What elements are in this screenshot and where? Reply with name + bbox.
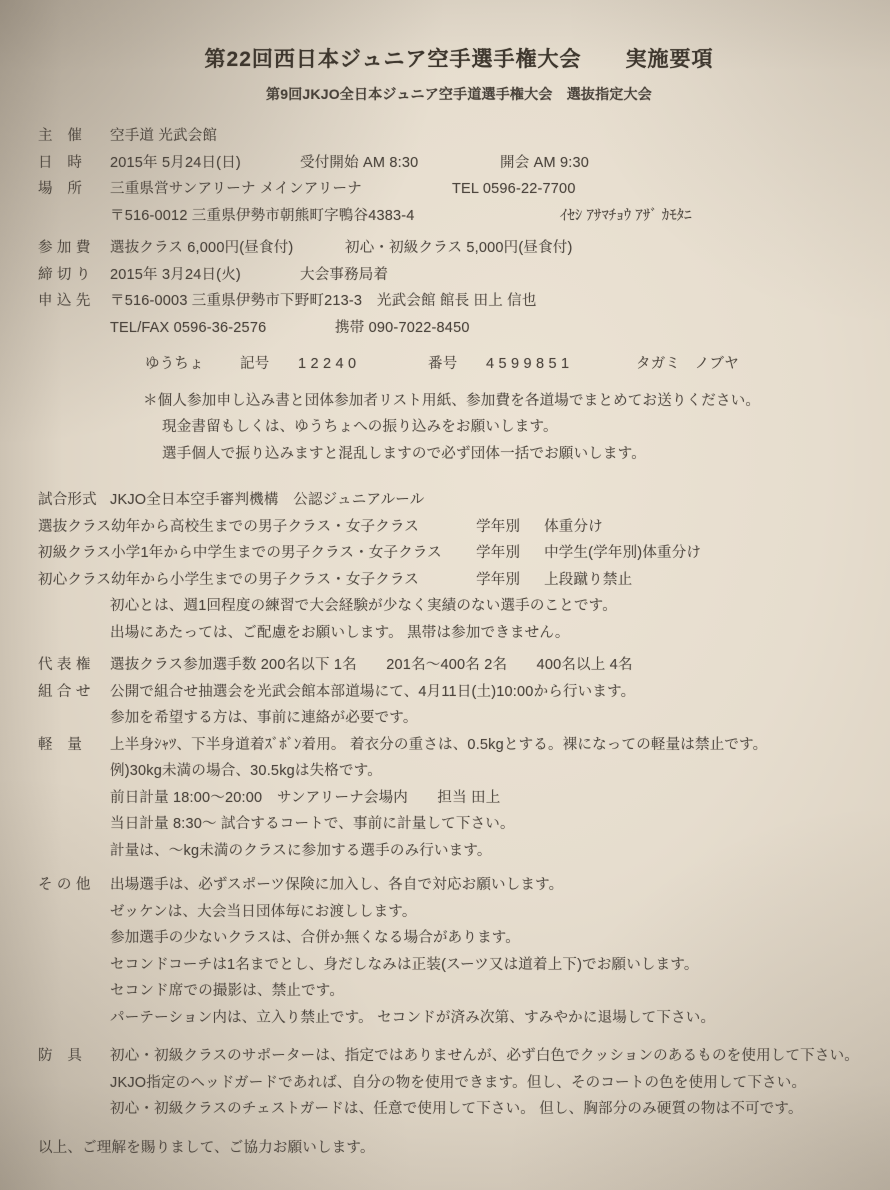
row-representation: 代 表 権 選抜クラス参加選手数 200名以下 1名 201名～400名 2名 …: [38, 652, 880, 679]
class-novice-label: 初心クラス: [38, 567, 111, 594]
row-payment-note3: 選手個人で振り込みますと混乱しますので必ず団体一括でお願いします。: [38, 441, 880, 468]
row-weighin-scope: 計量は、～kg未満のクラスに参加する選手のみ行います。: [38, 838, 880, 865]
row-venue: 場 所 三重県営サンアリーナ メインアリーナTEL 0596-22-7700: [38, 176, 880, 203]
row-yucho-account: ゆうちょ記号1 2 2 4 0番号4 5 9 9 8 5 1タガミ ノブヤ: [38, 351, 880, 378]
host-value: 空手道 光武会館: [110, 123, 880, 150]
others-line3: 参加選手の少ないクラスは、合併か無くなる場合があります。: [38, 925, 880, 952]
weighin-line5: 計量は、～kg未満のクラスに参加する選手のみ行います。: [38, 838, 880, 865]
section-general: 主 催 空手道 光武会館 日 時 2015年 5月24日(日)受付開始 AM 8…: [38, 123, 880, 229]
yucho-account: ゆうちょ記号1 2 2 4 0番号4 5 9 9 8 5 1タガミ ノブヤ: [38, 351, 880, 378]
venue-postal-address: 〒516-0012 三重県伊勢市朝熊町字鴨谷4383-4: [110, 203, 560, 230]
venue-name: 三重県営サンアリーナ メインアリーナ: [110, 176, 452, 203]
format-rule: JKJO全日本空手審判機構 公認ジュニアルール: [110, 487, 880, 514]
venue-tel: TEL 0596-22-7700: [452, 181, 576, 197]
class-elementary-value: 小学1年から中学生までの男子クラス・女子クラス学年別中学生(学年別)体重分け: [111, 540, 880, 567]
row-draw: 組 合 せ 公開で組合せ抽選会を光武会館本部道場にて、4月11日(土)10:00…: [38, 679, 880, 706]
row-others-5: セコンド席での撮影は、禁止です。: [38, 978, 880, 1005]
account-symbol: 1 2 2 4 0: [298, 351, 428, 378]
draw-line1: 公開で組合せ抽選会を光武会館本部道場にて、4月11日(土)10:00から行います…: [110, 679, 880, 706]
draw-label: 組 合 せ: [38, 679, 110, 706]
row-payment-note2: 現金書留もしくは、ゆうちょへの振り込みをお願いします。: [38, 414, 880, 441]
class-selection-desc: 幼年から高校生までの男子クラス・女子クラス: [111, 514, 476, 541]
event-date: 2015年 5月24日(日): [110, 150, 300, 177]
row-weighin: 軽 量 上半身ｼｬﾂ、下半身道着ｽﾞﾎﾞﾝ着用。 着衣分の重さは、0.5kgとす…: [38, 732, 880, 759]
class-elementary-grade: 学年別: [476, 540, 544, 567]
fee-value: 選抜クラス 6,000円(昼食付)初心・初級クラス 5,000円(昼食付): [110, 235, 880, 262]
section-format: 試合形式 JKJO全日本空手審判機構 公認ジュニアルール 選抜クラス 幼年から高…: [38, 487, 880, 646]
row-fee: 参 加 費 選抜クラス 6,000円(昼食付)初心・初級クラス 5,000円(昼…: [38, 235, 880, 262]
row-class-selection: 選抜クラス 幼年から高校生までの男子クラス・女子クラス学年別体重分け: [38, 514, 880, 541]
row-draw-note: 参加を希望する方は、事前に連絡が必要です。: [38, 705, 880, 732]
others-label: そ の 他: [38, 872, 110, 899]
row-class-novice: 初心クラス 幼年から小学生までの男子クラス・女子クラス学年別上段蹴り禁止: [38, 567, 880, 594]
row-venue-address: 〒516-0012 三重県伊勢市朝熊町字鴨谷4383-4ｲｾｼ ｱｻﾏﾁｮｳ ｱ…: [38, 203, 880, 230]
venue-address-kana: ｲｾｼ ｱｻﾏﾁｮｳ ｱｻﾞ ｶﾓﾀﾆ: [560, 208, 692, 224]
row-weighin-prevday: 前日計量 18:00～20:00 サンアリーナ会場内 担当 田上: [38, 785, 880, 812]
deadline-note: 大会事務局着: [300, 267, 388, 283]
venue-value: 三重県営サンアリーナ メインアリーナTEL 0596-22-7700: [110, 176, 880, 203]
others-line5: セコンド席での撮影は、禁止です。: [38, 978, 880, 1005]
apply-address: 〒516-0003 三重県伊勢市下野町213-3 光武会館 館長 田上 信也: [110, 288, 880, 315]
class-selection-value: 幼年から高校生までの男子クラス・女子クラス学年別体重分け: [111, 514, 880, 541]
datetime-value: 2015年 5月24日(日)受付開始 AM 8:30開会 AM 9:30: [110, 150, 880, 177]
row-closing: 以上、ご理解を賜りまして、ご協力お願いします。: [38, 1135, 880, 1162]
row-apply-contact: TEL/FAX 0596-36-2576携帯 090-7022-8450: [38, 315, 880, 342]
class-novice-desc: 幼年から小学生までの男子クラス・女子クラス: [111, 567, 476, 594]
weighin-line2: 例)30kg未満の場合、30.5kgは失格です。: [38, 758, 880, 785]
opening-time: 開会 AM 9:30: [500, 155, 589, 171]
account-symbol-label: 記号: [240, 351, 298, 378]
datetime-label: 日 時: [38, 150, 110, 177]
fee-selection-class: 選抜クラス 6,000円(昼食付): [110, 235, 345, 262]
class-selection-grade: 学年別: [476, 514, 544, 541]
others-line6: パーテーション内は、立入り禁止です。 セコンドが済み次第、すみやかに退場して下さ…: [38, 1005, 880, 1032]
venue-address: 〒516-0012 三重県伊勢市朝熊町字鴨谷4383-4ｲｾｼ ｱｻﾏﾁｮｳ ｱ…: [38, 203, 880, 230]
representation-label: 代 表 権: [38, 652, 110, 679]
row-others: そ の 他 出場選手は、必ずスポーツ保険に加入し、各自で対応お願いします。: [38, 872, 880, 899]
row-gear-2: JKJO指定のヘッドガードであれば、自分の物を使用できます。但し、そのコートの色…: [38, 1070, 880, 1097]
row-payment-note1: ＊個人参加申し込み書と団体参加者リスト用紙、参加費を各道場でまとめてお送りくださ…: [38, 388, 880, 415]
section-others: そ の 他 出場選手は、必ずスポーツ保険に加入し、各自で対応お願いします。 ゼッ…: [38, 872, 880, 1031]
row-deadline: 締 切 り 2015年 3月24日(火)大会事務局着: [38, 262, 880, 289]
class-elementary-label: 初級クラス: [38, 540, 111, 567]
row-format: 試合形式 JKJO全日本空手審判機構 公認ジュニアルール: [38, 487, 880, 514]
page-title: 第22回西日本ジュニア空手選手権大会 実施要項: [38, 45, 880, 75]
row-apply: 申 込 先 〒516-0003 三重県伊勢市下野町213-3 光武会館 館長 田…: [38, 288, 880, 315]
bank-name: ゆうちょ: [145, 351, 240, 378]
page-subtitle: 第9回JKJO全日本ジュニア空手道選手権大会 選抜指定大会: [38, 81, 880, 107]
fee-label: 参 加 費: [38, 235, 110, 262]
row-others-6: パーテーション内は、立入り禁止です。 セコンドが済み次第、すみやかに退場して下さ…: [38, 1005, 880, 1032]
class-novice-grade: 学年別: [476, 567, 544, 594]
weighin-line4: 当日計量 8:30～ 試合するコートで、事前に計量して下さい。: [38, 811, 880, 838]
section-entry: 参 加 費 選抜クラス 6,000円(昼食付)初心・初級クラス 5,000円(昼…: [38, 235, 880, 341]
venue-label: 場 所: [38, 176, 110, 203]
account-number: 4 5 9 9 8 5 1: [486, 351, 636, 378]
payment-note2: 現金書留もしくは、ゆうちょへの振り込みをお願いします。: [38, 414, 880, 441]
gear-label: 防 具: [38, 1043, 110, 1070]
apply-telfax: TEL/FAX 0596-36-2576: [110, 315, 335, 342]
section-gear: 防 具 初心・初級クラスのサポーターは、指定ではありませんが、必ず白色でクッショ…: [38, 1043, 880, 1123]
gear-line3: 初心・初級クラスのチェストガードは、任意で使用して下さい。 但し、胸部分のみ硬質…: [38, 1096, 880, 1123]
others-line1: 出場選手は、必ずスポーツ保険に加入し、各自で対応お願いします。: [110, 872, 880, 899]
format-note2: 出場にあたっては、ご配慮をお願いします。 黒帯は参加できません。: [38, 620, 880, 647]
weighin-label: 軽 量: [38, 732, 110, 759]
format-label: 試合形式: [38, 487, 110, 514]
photographed-document: 第22回西日本ジュニア空手選手権大会 実施要項 第9回JKJO全日本ジュニア空手…: [0, 0, 890, 1190]
document-sheet: 第22回西日本ジュニア空手選手権大会 実施要項 第9回JKJO全日本ジュニア空手…: [0, 0, 890, 1190]
gear-line1: 初心・初級クラスのサポーターは、指定ではありませんが、必ず白色でクッションのある…: [110, 1043, 880, 1070]
class-elementary-division: 中学生(学年別)体重分け: [544, 545, 701, 561]
fee-beginner-class: 初心・初級クラス 5,000円(昼食付): [345, 240, 573, 256]
class-selection-label: 選抜クラス: [38, 514, 111, 541]
draw-line2: 参加を希望する方は、事前に連絡が必要です。: [38, 705, 880, 732]
class-novice-division: 上段蹴り禁止: [544, 572, 632, 588]
class-selection-division: 体重分け: [544, 519, 603, 535]
row-format-note1: 初心とは、週1回程度の練習で大会経験が少なく実績のない選手のことです。: [38, 593, 880, 620]
row-others-3: 参加選手の少ないクラスは、合併か無くなる場合があります。: [38, 925, 880, 952]
weighin-line1: 上半身ｼｬﾂ、下半身道着ｽﾞﾎﾞﾝ着用。 着衣分の重さは、0.5kgとする。裸に…: [110, 732, 880, 759]
apply-label: 申 込 先: [38, 288, 110, 315]
row-gear: 防 具 初心・初級クラスのサポーターは、指定ではありませんが、必ず白色でクッショ…: [38, 1043, 880, 1070]
weighin-line3: 前日計量 18:00～20:00 サンアリーナ会場内 担当 田上: [38, 785, 880, 812]
account-holder: タガミ ノブヤ: [636, 356, 739, 372]
deadline-label: 締 切 り: [38, 262, 110, 289]
row-weighin-example: 例)30kg未満の場合、30.5kgは失格です。: [38, 758, 880, 785]
apply-contact: TEL/FAX 0596-36-2576携帯 090-7022-8450: [38, 315, 880, 342]
others-line4: セコンドコーチは1名までとし、身だしなみは正装(スーツ又は道着上下)でお願いしま…: [38, 952, 880, 979]
row-host: 主 催 空手道 光武会館: [38, 123, 880, 150]
row-others-4: セコンドコーチは1名までとし、身だしなみは正装(スーツ又は道着上下)でお願いしま…: [38, 952, 880, 979]
format-note1: 初心とは、週1回程度の練習で大会経験が少なく実績のない選手のことです。: [38, 593, 880, 620]
class-elementary-desc: 小学1年から中学生までの男子クラス・女子クラス: [111, 540, 476, 567]
account-number-label: 番号: [428, 351, 486, 378]
row-gear-3: 初心・初級クラスのチェストガードは、任意で使用して下さい。 但し、胸部分のみ硬質…: [38, 1096, 880, 1123]
reception-time: 受付開始 AM 8:30: [300, 150, 500, 177]
others-line2: ゼッケンは、大会当日団体毎にお渡しします。: [38, 899, 880, 926]
section-closing: 以上、ご理解を賜りまして、ご協力お願いします。: [38, 1135, 880, 1162]
host-label: 主 催: [38, 123, 110, 150]
deadline-date: 2015年 3月24日(火): [110, 262, 300, 289]
row-others-2: ゼッケンは、大会当日団体毎にお渡しします。: [38, 899, 880, 926]
gear-line2: JKJO指定のヘッドガードであれば、自分の物を使用できます。但し、そのコートの色…: [38, 1070, 880, 1097]
row-format-note2: 出場にあたっては、ご配慮をお願いします。 黒帯は参加できません。: [38, 620, 880, 647]
deadline-value: 2015年 3月24日(火)大会事務局着: [110, 262, 880, 289]
section-payment: ゆうちょ記号1 2 2 4 0番号4 5 9 9 8 5 1タガミ ノブヤ ＊個…: [38, 351, 880, 467]
payment-note1: ＊個人参加申し込み書と団体参加者リスト用紙、参加費を各道場でまとめてお送りくださ…: [38, 388, 880, 415]
representation-value: 選抜クラス参加選手数 200名以下 1名 201名～400名 2名 400名以上…: [110, 652, 880, 679]
payment-note3: 選手個人で振り込みますと混乱しますので必ず団体一括でお願いします。: [38, 441, 880, 468]
class-novice-value: 幼年から小学生までの男子クラス・女子クラス学年別上段蹴り禁止: [111, 567, 880, 594]
payment-notes: ＊個人参加申し込み書と団体参加者リスト用紙、参加費を各道場でまとめてお送りくださ…: [38, 388, 880, 468]
row-datetime: 日 時 2015年 5月24日(日)受付開始 AM 8:30開会 AM 9:30: [38, 150, 880, 177]
apply-mobile: 携帯 090-7022-8450: [335, 320, 470, 336]
closing-line: 以上、ご理解を賜りまして、ご協力お願いします。: [38, 1135, 880, 1162]
row-weighin-sameday: 当日計量 8:30～ 試合するコートで、事前に計量して下さい。: [38, 811, 880, 838]
row-class-elementary: 初級クラス 小学1年から中学生までの男子クラス・女子クラス学年別中学生(学年別)…: [38, 540, 880, 567]
section-representation: 代 表 権 選抜クラス参加選手数 200名以下 1名 201名～400名 2名 …: [38, 652, 880, 864]
